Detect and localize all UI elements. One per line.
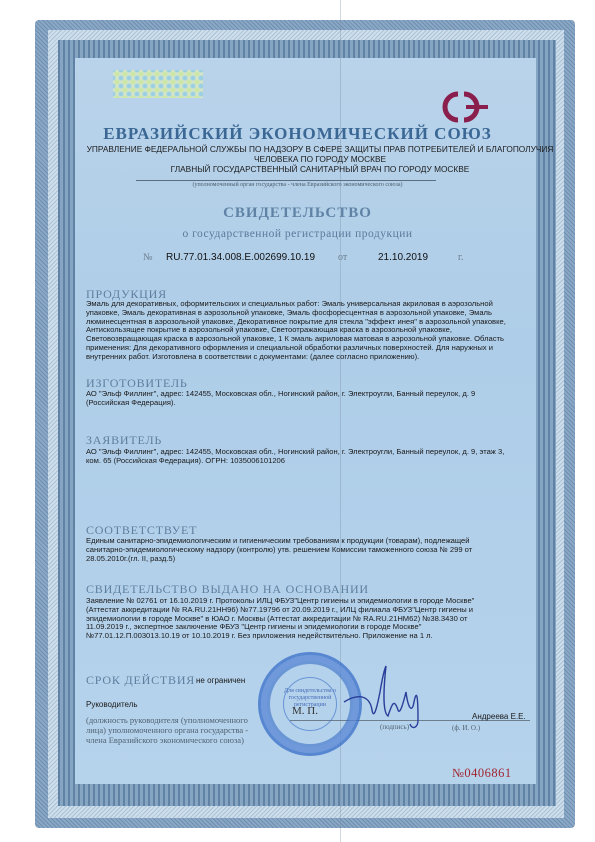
hologram-strip — [113, 70, 203, 98]
authority-line-2: ЧЕЛОВЕКА ПО ГОРОДУ МОСКВЕ — [80, 154, 560, 164]
union-title: ЕВРАЗИЙСКИЙ ЭКОНОМИЧЕСКИЙ СОЮЗ — [0, 124, 595, 144]
section-heading-applicant: ЗАЯВИТЕЛЬ — [86, 433, 162, 448]
section-text-manufacturer: АО "Эльф Филлинг", адрес: 142455, Москов… — [86, 390, 506, 408]
date-label: от — [338, 252, 347, 263]
validity-value: не ограничен — [196, 676, 245, 685]
section-text-basis: Заявление № 02761 от 16.10.2019 г. Прото… — [86, 597, 506, 641]
authority-underline — [136, 180, 436, 181]
certificate-subtitle: о государственной регистрации продукции — [0, 228, 595, 240]
section-heading-basis: СВИДЕТЕЛЬСТВО ВЫДАНО НА ОСНОВАНИИ — [86, 582, 369, 597]
certificate-title: СВИДЕТЕЛЬСТВО — [0, 205, 595, 222]
year-suffix: г. — [458, 252, 463, 263]
authority-caption: (уполномоченный орган государства - член… — [0, 182, 595, 188]
position-caption-1: (должность руководителя (уполномоченного — [86, 715, 248, 725]
section-text-applicant: АО "Эльф Филлинг", адрес: 142455, Москов… — [86, 448, 506, 466]
position-caption-3: члена Евразийского экономического союза) — [86, 735, 244, 745]
stamp-center-text: Для свидетельства о государственной реги… — [283, 677, 337, 731]
certificate-date: 21.10.2019 — [378, 252, 428, 263]
eac-se-mark-icon — [434, 88, 494, 126]
authority-line-1: УПРАВЛЕНИЕ ФЕДЕРАЛЬНОЙ СЛУЖБЫ ПО НАДЗОРУ… — [80, 144, 560, 154]
section-text-conforms: Единым санитарно-эпидемиологическим и ги… — [86, 537, 506, 563]
number-label: № — [143, 252, 153, 263]
position-caption-2: лица) уполномоченного органа государства… — [86, 725, 248, 735]
section-text-product: Эмаль для декоративных, оформительских и… — [86, 300, 506, 362]
seal-label: М. П. — [292, 706, 318, 716]
section-heading-validity: СРОК ДЕЙСТВИЯ — [86, 673, 195, 688]
form-serial-number: №0406861 — [452, 766, 512, 781]
signatory-name: Андреева Е.Е. — [472, 712, 526, 721]
handwritten-signature — [340, 662, 430, 732]
name-caption: (ф. И. О.) — [452, 723, 480, 733]
certificate-number: RU.77.01.34.008.Е.002699.10.19 — [166, 252, 315, 263]
authority-line-3: ГЛАВНЫЙ ГОСУДАРСТВЕННЫЙ САНИТАРНЫЙ ВРАЧ … — [80, 164, 560, 174]
head-label: Руководитель — [86, 700, 138, 709]
